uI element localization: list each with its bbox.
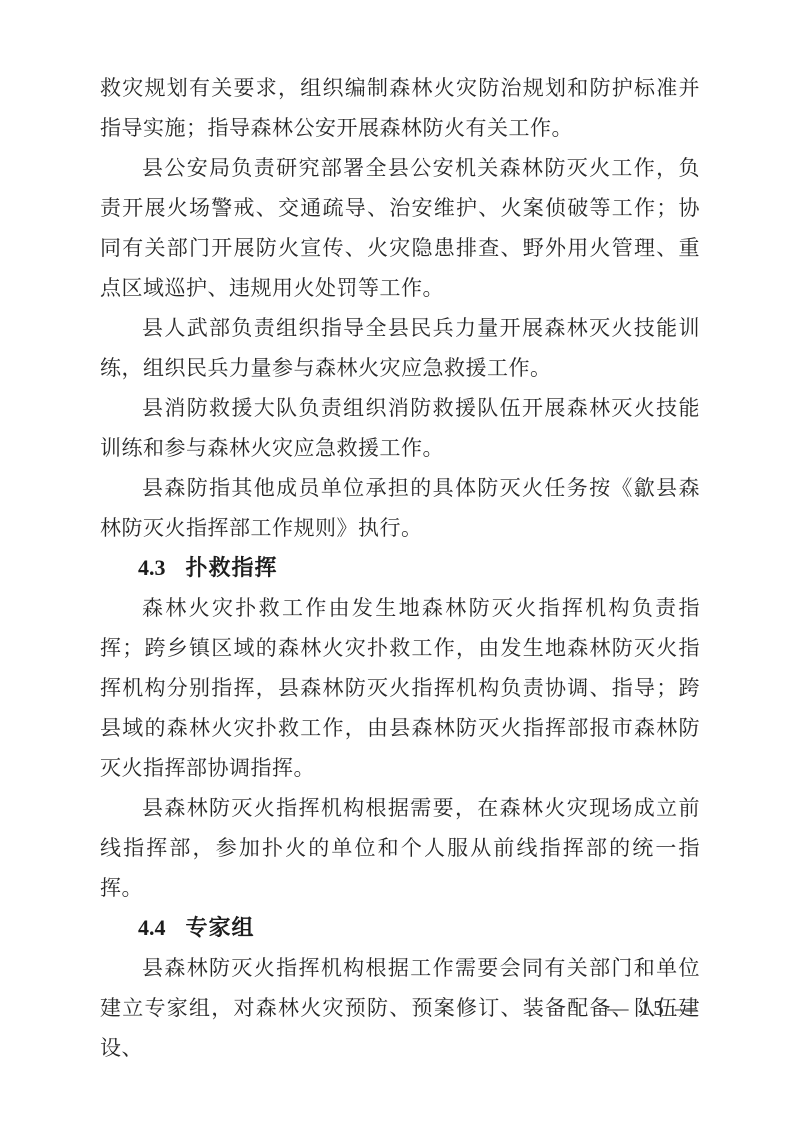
section-title: 扑救指挥 <box>186 555 278 580</box>
document-body: 救灾规划有关要求，组织编制森林火灾防治规划和防护标准并指导实施；指导森林公安开展… <box>100 68 700 1068</box>
body-paragraph: 县人武部负责组织指导全县民兵力量开展森林灭火技能训练，组织民兵力量参与森林火灾应… <box>100 308 700 388</box>
body-paragraph: 县消防救援大队负责组织消防救援队伍开展森林灭火技能训练和参与森林火灾应急救援工作… <box>100 388 700 468</box>
body-paragraph: 县公安局负责研究部署全县公安机关森林防灭火工作，负责开展火场警戒、交通疏导、治安… <box>100 148 700 308</box>
section-heading: 4.4专家组 <box>100 908 700 948</box>
body-paragraph: 县森林防灭火指挥机构根据需要，在森林火灾现场成立前线指挥部，参加扑火的单位和个人… <box>100 788 700 908</box>
body-paragraph: 森林火灾扑救工作由发生地森林防灭火指挥机构负责指挥；跨乡镇区域的森林火灾扑救工作… <box>100 588 700 788</box>
document-page: 救灾规划有关要求，组织编制森林火灾防治规划和防护标准并指导实施；指导森林公安开展… <box>0 0 793 1121</box>
page-number: — 15 — <box>608 993 700 1023</box>
body-paragraph: 救灾规划有关要求，组织编制森林火灾防治规划和防护标准并指导实施；指导森林公安开展… <box>100 68 700 148</box>
section-number: 4.4 <box>138 908 166 948</box>
section-number: 4.3 <box>138 548 166 588</box>
body-paragraph: 县森防指其他成员单位承担的具体防灭火任务按《歙县森林防灭火指挥部工作规则》执行。 <box>100 468 700 548</box>
section-heading: 4.3扑救指挥 <box>100 548 700 588</box>
section-title: 专家组 <box>186 915 255 940</box>
